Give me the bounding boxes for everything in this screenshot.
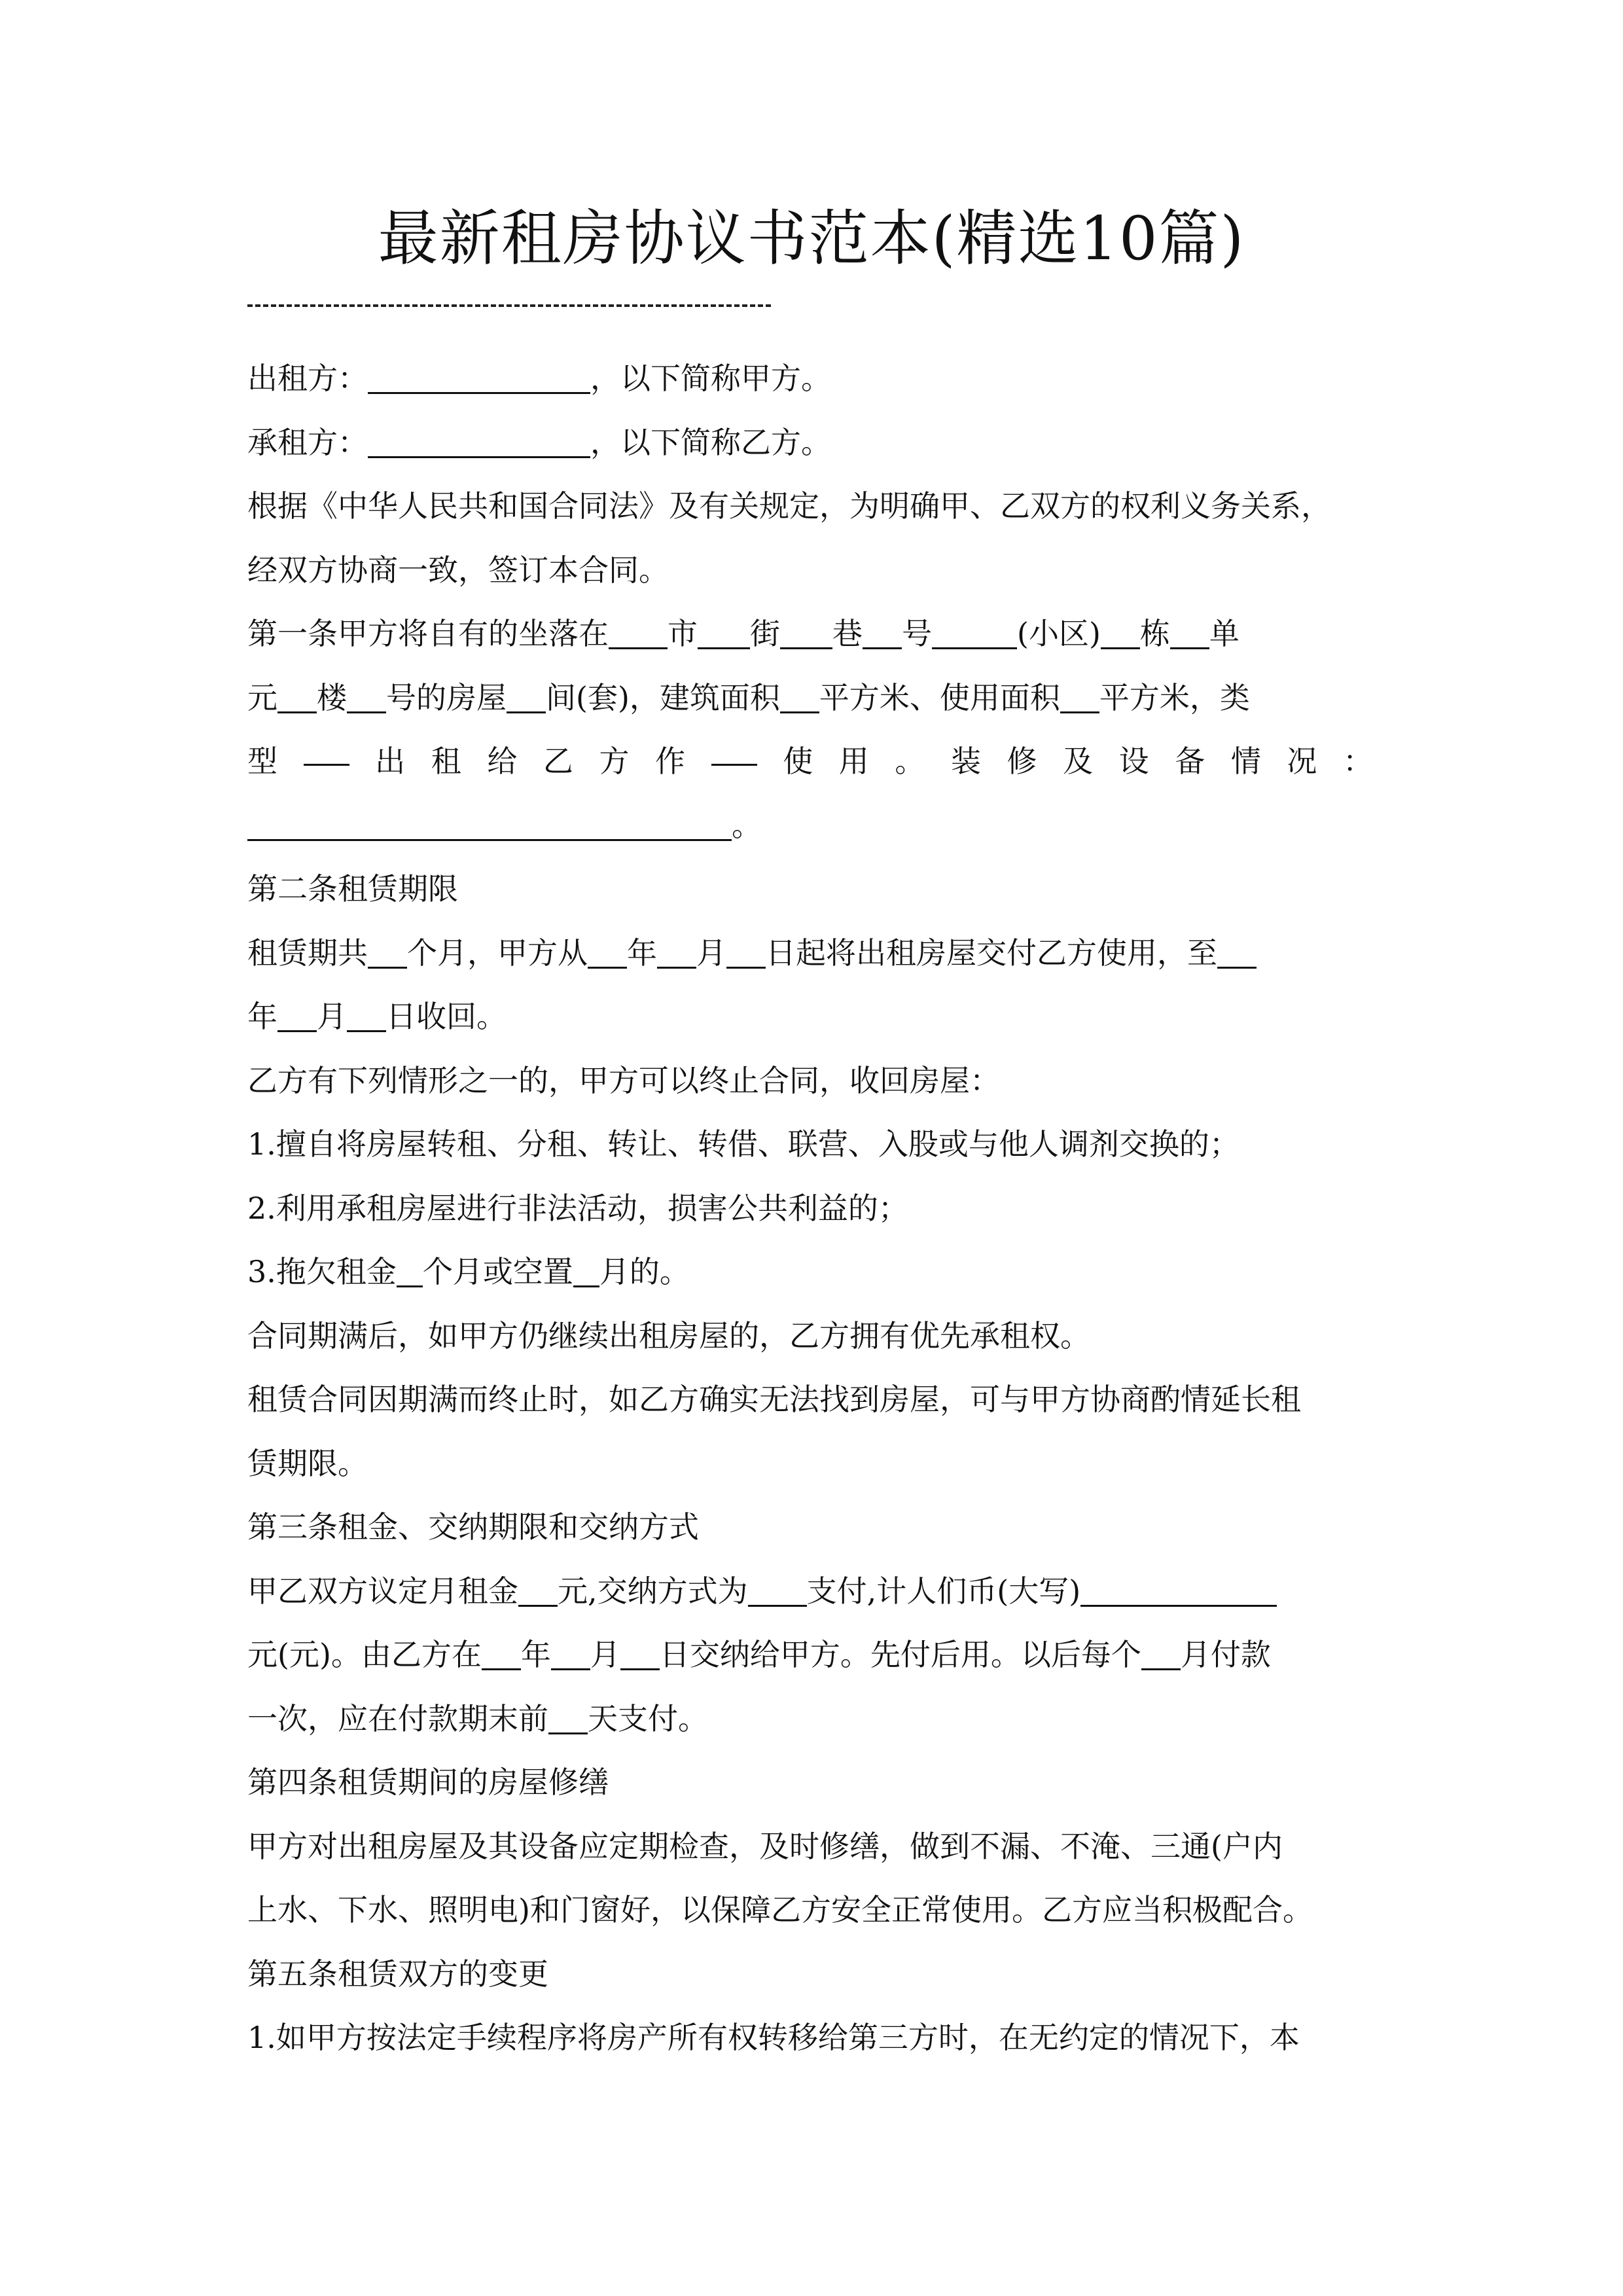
fill-in-blank bbox=[548, 1698, 588, 1734]
text-line: 租赁期共个月，甲方从年月日起将出租房屋交付乙方使用，至 bbox=[247, 922, 1373, 986]
text-segment: 。 bbox=[895, 730, 925, 794]
text-line: 年月日收回。 bbox=[247, 985, 1373, 1049]
text-segment: 号的房屋 bbox=[386, 680, 507, 715]
fill-in-blank bbox=[397, 1251, 423, 1287]
text-segment: 天支付。 bbox=[588, 1701, 708, 1736]
text-segment: 经双方协商一致，签订本合同。 bbox=[247, 552, 669, 588]
text-segment: 。 bbox=[732, 808, 762, 843]
text-segment: 个月，甲方从 bbox=[407, 935, 588, 971]
fill-in-blank bbox=[1170, 613, 1209, 649]
text-segment: 1.如甲方按法定手续程序将房产所有权转移给第三方时，在无约定的情况下，本 bbox=[247, 2020, 1300, 2055]
fill-in-blank bbox=[1080, 1571, 1277, 1607]
text-segment: 修 bbox=[1007, 730, 1037, 794]
fill-in-blank bbox=[863, 613, 902, 649]
text-segment: 巷 bbox=[832, 616, 863, 651]
fill-in-blank bbox=[932, 613, 1017, 649]
text-segment: 设 bbox=[1119, 730, 1149, 794]
text-segment: 日交纳给甲方。先付后用。以后每个 bbox=[660, 1637, 1141, 1672]
text-line: 1.如甲方按法定手续程序将房产所有权转移给第三方时，在无约定的情况下，本 bbox=[247, 2006, 1373, 2070]
text-segment: 月 bbox=[696, 935, 726, 971]
text-segment: 第一条甲方将自有的坐落在 bbox=[247, 616, 609, 651]
text-line: 元(元)。由乙方在年月日交纳给甲方。先付后用。以后每个月付款 bbox=[247, 1623, 1373, 1687]
text-segment: 出 bbox=[375, 730, 405, 794]
text-segment: 年 bbox=[627, 935, 657, 971]
fill-in-blank bbox=[657, 933, 696, 969]
text-segment: 第四条租赁期间的房屋修缮 bbox=[247, 1765, 609, 1800]
text-segment: 楼 bbox=[317, 680, 347, 715]
text-segment: 日收回。 bbox=[386, 999, 507, 1034]
text-line: 第五条租赁双方的变更 bbox=[247, 1943, 1373, 2007]
fill-in-blank bbox=[368, 422, 590, 458]
fill-in-blank bbox=[726, 933, 766, 969]
text-segment: 合同期满后，如甲方仍继续出租房屋的，乙方拥有优先承租权。 bbox=[247, 1318, 1090, 1354]
document-title: 最新租房协议书范本(精选10篇) bbox=[0, 196, 1623, 281]
fill-in-blank bbox=[551, 1634, 590, 1670]
text-segment: 个月或空置 bbox=[423, 1254, 573, 1289]
text-line: 3.拖欠租金个月或空置月的。 bbox=[247, 1240, 1373, 1304]
text-line: 1.擅自将房屋转租、分租、转让、转借、联营、入股或与他人调剂交换的； bbox=[247, 1113, 1373, 1177]
text-line: 承租方：，以下简称乙方。 bbox=[247, 411, 1373, 475]
text-segment: 月 bbox=[317, 999, 347, 1034]
text-segment: 租赁期共 bbox=[247, 935, 368, 971]
text-segment: 第二条租赁期限 bbox=[247, 871, 458, 906]
text-segment: 情 bbox=[1231, 730, 1261, 794]
text-segment: 甲方对出租房屋及其设备应定期检查，及时修缮，做到不漏、不淹、三通(户内 bbox=[247, 1829, 1283, 1864]
text-segment: 日起将出租房屋交付乙方使用，至 bbox=[766, 935, 1217, 971]
text-line: 根据《中华人民共和国合同法》及有关规定，为明确甲、乙双方的权利义务关系， bbox=[247, 475, 1373, 539]
fill-in-blank bbox=[748, 1571, 807, 1607]
fill-in-blank bbox=[1141, 1634, 1181, 1670]
text-line: 第三条租金、交纳期限和交纳方式 bbox=[247, 1496, 1373, 1560]
fill-in-blank bbox=[609, 613, 668, 649]
text-segment: 乙方有下列情形之一的，甲方可以终止合同，收回房屋： bbox=[247, 1063, 1000, 1098]
fill-in-blank bbox=[1101, 613, 1140, 649]
fill-in-blank bbox=[620, 1634, 660, 1670]
text-segment: 租赁合同因期满而终止时，如乙方确实无法找到房屋，可与甲方协商酌情延长租 bbox=[247, 1382, 1301, 1417]
text-segment: 用 bbox=[839, 730, 869, 794]
fill-in-blank bbox=[277, 996, 317, 1032]
text-segment: 型 bbox=[247, 730, 277, 794]
text-segment: 第三条租金、交纳期限和交纳方式 bbox=[247, 1509, 699, 1545]
text-line: 2.利用承租房屋进行非法活动，损害公共利益的； bbox=[247, 1177, 1373, 1241]
text-line: 型出租给乙方作使用。装修及设备情况： bbox=[247, 730, 1373, 794]
fill-in-blank bbox=[1060, 677, 1099, 713]
text-segment: (小区) bbox=[1017, 616, 1101, 651]
text-segment: 号 bbox=[902, 616, 932, 651]
text-line: 。 bbox=[247, 794, 1373, 858]
text-segment: 一次，应在付款期末前 bbox=[247, 1701, 548, 1736]
text-line: 元楼号的房屋间(套)，建筑面积平方米、使用面积平方米，类 bbox=[247, 666, 1373, 730]
text-segment: 作 bbox=[655, 730, 685, 794]
text-segment: 及 bbox=[1063, 730, 1093, 794]
text-segment: 乙 bbox=[543, 730, 573, 794]
fill-in-blank bbox=[347, 996, 386, 1032]
text-segment: 元,交纳方式为 bbox=[558, 1573, 748, 1609]
fill-in-blank bbox=[711, 730, 757, 766]
text-segment: ，以下简称甲方。 bbox=[590, 361, 831, 396]
fill-in-blank bbox=[698, 613, 750, 649]
text-segment: 使 bbox=[783, 730, 813, 794]
text-segment: 上水、下水、照明电)和门窗好，以保障乙方安全正常使用。乙方应当积极配合。 bbox=[247, 1892, 1313, 1928]
text-segment: 元 bbox=[247, 680, 277, 715]
text-segment: 间(套)，建筑面积 bbox=[546, 680, 780, 715]
fill-in-blank bbox=[368, 933, 407, 969]
text-segment: 平方米、使用面积 bbox=[819, 680, 1060, 715]
fill-in-blank bbox=[507, 677, 546, 713]
fill-in-blank bbox=[518, 1571, 558, 1607]
text-segment: 月 bbox=[590, 1637, 620, 1672]
fill-in-blank bbox=[247, 805, 732, 841]
text-segment: 年 bbox=[247, 999, 277, 1034]
text-line: 第一条甲方将自有的坐落在市街巷号(小区)栋单 bbox=[247, 602, 1373, 666]
fill-in-blank bbox=[588, 933, 627, 969]
text-segment: 方 bbox=[599, 730, 629, 794]
text-segment: ，以下简称乙方。 bbox=[590, 425, 831, 460]
text-segment: 月付款 bbox=[1181, 1637, 1271, 1672]
text-segment: 年 bbox=[521, 1637, 551, 1672]
text-segment: 备 bbox=[1175, 730, 1205, 794]
fill-in-blank bbox=[347, 677, 386, 713]
text-segment: 2.利用承租房屋进行非法活动，损害公共利益的； bbox=[247, 1191, 908, 1226]
text-segment: 平方米，类 bbox=[1099, 680, 1250, 715]
text-segment: 甲乙双方议定月租金 bbox=[247, 1573, 518, 1609]
fill-in-blank bbox=[780, 613, 832, 649]
text-line: 合同期满后，如甲方仍继续出租房屋的，乙方拥有优先承租权。 bbox=[247, 1304, 1373, 1369]
text-segment: 给 bbox=[487, 730, 517, 794]
text-segment: 赁期限。 bbox=[247, 1446, 368, 1481]
text-segment: 装 bbox=[951, 730, 981, 794]
fill-in-blank bbox=[277, 677, 317, 713]
text-segment: 支付,计人们币(大写) bbox=[807, 1573, 1081, 1609]
fill-in-blank bbox=[482, 1634, 521, 1670]
text-line: 上水、下水、照明电)和门窗好，以保障乙方安全正常使用。乙方应当积极配合。 bbox=[247, 1878, 1373, 1943]
text-line: 甲乙双方议定月租金元,交纳方式为支付,计人们币(大写) bbox=[247, 1560, 1373, 1624]
text-segment: 单 bbox=[1209, 616, 1240, 651]
text-line: 甲方对出租房屋及其设备应定期检查，及时修缮，做到不漏、不淹、三通(户内 bbox=[247, 1815, 1373, 1879]
text-segment: 1.擅自将房屋转租、分租、转让、转借、联营、入股或与他人调剂交换的； bbox=[247, 1126, 1240, 1162]
title-separator bbox=[247, 304, 771, 307]
text-line: 出租方：，以下简称甲方。 bbox=[247, 347, 1373, 411]
text-segment: 况 bbox=[1287, 730, 1317, 794]
text-segment: ： bbox=[1343, 730, 1373, 794]
fill-in-blank bbox=[1217, 933, 1257, 969]
text-segment: 租 bbox=[431, 730, 461, 794]
fill-in-blank bbox=[304, 730, 349, 766]
text-segment: 栋 bbox=[1140, 616, 1170, 651]
text-line: 经双方协商一致，签订本合同。 bbox=[247, 539, 1373, 603]
text-line: 租赁合同因期满而终止时，如乙方确实无法找到房屋，可与甲方协商酌情延长租 bbox=[247, 1368, 1373, 1432]
text-segment: 市 bbox=[668, 616, 698, 651]
document-body: 出租方：，以下简称甲方。承租方：，以下简称乙方。根据《中华人民共和国合同法》及有… bbox=[247, 347, 1373, 2070]
text-line: 第四条租赁期间的房屋修缮 bbox=[247, 1751, 1373, 1815]
text-segment: 街 bbox=[750, 616, 780, 651]
text-segment: 根据《中华人民共和国合同法》及有关规定，为明确甲、乙双方的权利义务关系， bbox=[247, 488, 1331, 524]
text-segment: 3.拖欠租金 bbox=[247, 1254, 397, 1289]
text-segment: 出租方： bbox=[247, 361, 368, 396]
text-line: 乙方有下列情形之一的，甲方可以终止合同，收回房屋： bbox=[247, 1049, 1373, 1113]
text-line: 赁期限。 bbox=[247, 1432, 1373, 1496]
fill-in-blank bbox=[368, 358, 590, 394]
text-segment: 月的。 bbox=[599, 1254, 690, 1289]
text-line: 一次，应在付款期末前天支付。 bbox=[247, 1687, 1373, 1751]
text-segment: 承租方： bbox=[247, 425, 368, 460]
text-segment: 第五条租赁双方的变更 bbox=[247, 1956, 548, 1992]
fill-in-blank bbox=[573, 1251, 599, 1287]
text-line: 第二条租赁期限 bbox=[247, 857, 1373, 922]
fill-in-blank bbox=[780, 677, 819, 713]
text-segment: 元(元)。由乙方在 bbox=[247, 1637, 482, 1672]
